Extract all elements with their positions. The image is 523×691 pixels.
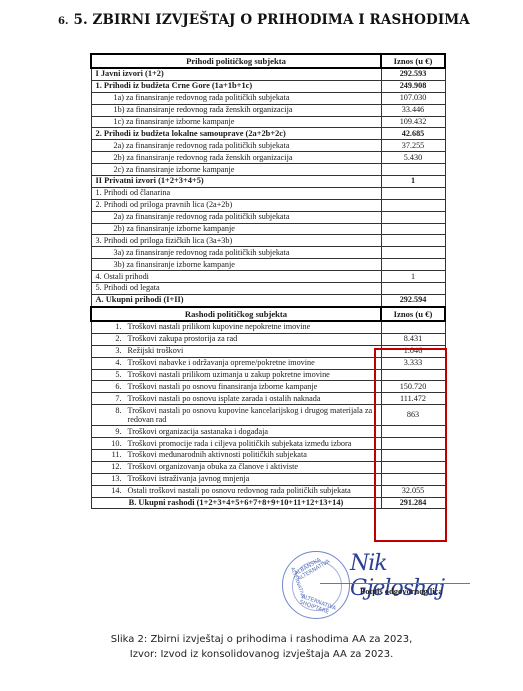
- expense-row-label: 11.Troškovi međunarodnih aktivnosti poli…: [91, 450, 381, 462]
- expense-row-text: Troškovi nabavke i održavanja opreme/pok…: [128, 358, 377, 368]
- expense-row-text: Ostali troškovi nastali po osnovu redovn…: [128, 486, 377, 496]
- expense-row-label: 7.Troškovi nastali po osnovu isplate zar…: [91, 393, 381, 405]
- expense-row-label: 12.Troškovi organizovanja obuka za člano…: [91, 461, 381, 473]
- signature-line: [320, 583, 470, 584]
- expense-row-amount: [381, 321, 445, 333]
- expense-row-text: Troškovi nastali po osnovu kupovine kanc…: [128, 406, 377, 425]
- income-row-label: 2. Prihodi iz budžeta lokalne samouprave…: [91, 128, 381, 140]
- income-row-label: I Javni izvori (1+2): [91, 68, 381, 80]
- title-text: 5. ZBIRNI IZVJEŠTAJ O PRIHODIMA I RASHOD…: [73, 12, 469, 28]
- income-row-amount: [381, 235, 445, 247]
- expense-row: 13.Troškovi istraživanja javnog mnjenja: [91, 473, 445, 485]
- income-row: A. Ukupni prihodi (I+II)292.594: [91, 294, 445, 306]
- expense-row-amount: [381, 369, 445, 381]
- expense-row-label: 1.Troškovi nastali prilikom kupovine nep…: [91, 321, 381, 333]
- expense-row-amount: [381, 426, 445, 438]
- income-row-label: 1. Prihodi iz budžeta Crne Gore (1a+1b+1…: [91, 80, 381, 92]
- income-row-label: A. Ukupni prihodi (I+II): [91, 294, 381, 306]
- expense-row-number: 14.: [100, 486, 122, 496]
- income-row: 1. Prihodi od članarina: [91, 187, 445, 199]
- expense-row-label: 8.Troškovi nastali po osnovu kupovine ka…: [91, 405, 381, 426]
- expense-row-text: Troškovi nastali po osnovu finansiranja …: [128, 382, 377, 392]
- income-row-label: 3a) za finansiranje redovnog rada politi…: [91, 247, 381, 259]
- expense-row-label: 4.Troškovi nabavke i održavanja opreme/p…: [91, 357, 381, 369]
- income-row: 3a) za finansiranje redovnog rada politi…: [91, 247, 445, 259]
- expense-row-number: 4.: [100, 358, 122, 368]
- expense-row: 6.Troškovi nastali po osnovu finansiranj…: [91, 381, 445, 393]
- expense-row-amount: 3.333: [381, 357, 445, 369]
- income-row-label: 2. Prihodi od priloga pravnih lica (2a+2…: [91, 199, 381, 211]
- expense-header-label: Rashodi političkog subjekta: [91, 307, 381, 321]
- expense-row-label: 3.Režijski troškovi: [91, 345, 381, 357]
- expense-row-label: 14.Ostali troškovi nastali po osnovu red…: [91, 485, 381, 497]
- income-row: 2c) za finansiranje izborne kampanje: [91, 164, 445, 176]
- expense-row-label: 5.Troškovi nastali prilikom uzimanja u z…: [91, 369, 381, 381]
- stamp-seal: ALBANSKA ALTERNATIVA ALTERNATIVA ALTERNA…: [282, 551, 350, 619]
- income-row: 1b) za finansiranje redovnog rada ženski…: [91, 104, 445, 116]
- expense-row-text: Troškovi organizacija sastanaka i događa…: [128, 427, 377, 437]
- income-row-amount: [381, 223, 445, 235]
- expense-row: 4.Troškovi nabavke i održavanja opreme/p…: [91, 357, 445, 369]
- expense-row-text: Režijski troškovi: [128, 346, 377, 356]
- expense-row-text: Troškovi nastali prilikom uzimanja u zak…: [128, 370, 377, 380]
- expense-row-number: 2.: [100, 334, 122, 344]
- expense-row-label: 13.Troškovi istraživanja javnog mnjenja: [91, 473, 381, 485]
- income-row-label: 2a) za finansiranje redovnog rada politi…: [91, 211, 381, 223]
- expense-row-amount: [381, 450, 445, 462]
- income-row: 4. Ostali prihodi1: [91, 271, 445, 283]
- expense-row: 7.Troškovi nastali po osnovu isplate zar…: [91, 393, 445, 405]
- expense-row-amount: 32.055: [381, 485, 445, 497]
- expense-row-amount: [381, 473, 445, 485]
- expense-total-amount: 291.284: [381, 497, 445, 509]
- income-header-row: Prihodi političkog subjekta Iznos (u €): [91, 54, 445, 68]
- expense-row-amount: [381, 438, 445, 450]
- income-row-label: 1a) za finansiranje redovnog rada politi…: [91, 92, 381, 104]
- income-row-label: 2b) za finansiranje izborne kampanje: [91, 223, 381, 235]
- expense-row-number: 5.: [100, 370, 122, 380]
- income-table: Prihodi političkog subjekta Iznos (u €) …: [90, 53, 446, 307]
- expense-row-label: 9.Troškovi organizacija sastanaka i doga…: [91, 426, 381, 438]
- income-row: I Javni izvori (1+2)292.593: [91, 68, 445, 80]
- income-row: 2. Prihodi iz budžeta lokalne samouprave…: [91, 128, 445, 140]
- income-row: II Privatni izvori (1+2+3+4+5)1: [91, 176, 445, 188]
- income-row-label: 2b) za finansiranje redovnog rada ženski…: [91, 152, 381, 164]
- income-row: 2a) za finansiranje redovnog rada politi…: [91, 140, 445, 152]
- income-row-amount: 37.255: [381, 140, 445, 152]
- caption-line-1: Slika 2: Zbirni izvještaj o prihodima i …: [0, 632, 523, 647]
- expense-row-amount: 863: [381, 405, 445, 426]
- income-header-label: Prihodi političkog subjekta: [91, 54, 381, 68]
- expense-table: Rashodi političkog subjekta Iznos (u €) …: [90, 306, 446, 509]
- income-row: 2. Prihodi od priloga pravnih lica (2a+2…: [91, 199, 445, 211]
- income-row-label: 1c) za finansiranje izborne kampanje: [91, 116, 381, 128]
- expense-row-number: 13.: [100, 474, 122, 484]
- income-row: 1a) za finansiranje redovnog rada politi…: [91, 92, 445, 104]
- signature-area: ALBANSKA ALTERNATIVA ALTERNATIVA ALTERNA…: [280, 551, 480, 631]
- income-row-label: 3. Prihodi od priloga fizičkih lica (3a+…: [91, 235, 381, 247]
- income-row-amount: [381, 211, 445, 223]
- income-row-amount: [381, 247, 445, 259]
- expense-row-label: 2.Troškovi zakupa prostorija za rad: [91, 333, 381, 345]
- income-row-label: 3b) za finansiranje izborne kampanje: [91, 259, 381, 271]
- expense-row: 9.Troškovi organizacija sastanaka i doga…: [91, 426, 445, 438]
- income-row-amount: 42.685: [381, 128, 445, 140]
- expense-row-text: Troškovi organizovanja obuka za članove …: [128, 462, 377, 472]
- income-row-label: 1b) za finansiranje redovnog rada ženski…: [91, 104, 381, 116]
- signature-label: Potpis odgovornog lica: [360, 586, 443, 596]
- expense-row-number: 3.: [100, 346, 122, 356]
- figure-caption: Slika 2: Zbirni izvještaj o prihodima i …: [0, 632, 523, 662]
- income-row-amount: 5.430: [381, 152, 445, 164]
- income-row-label: 1. Prihodi od članarina: [91, 187, 381, 199]
- income-row-label: 4. Ostali prihodi: [91, 271, 381, 283]
- expense-row-number: 6.: [100, 382, 122, 392]
- income-row: 1c) za finansiranje izborne kampanje109.…: [91, 116, 445, 128]
- expense-row-text: Troškovi nastali po osnovu isplate zarad…: [128, 394, 377, 404]
- expense-row: 12.Troškovi organizovanja obuka za člano…: [91, 461, 445, 473]
- income-row: 3b) za finansiranje izborne kampanje: [91, 259, 445, 271]
- expense-row-number: 10.: [100, 439, 122, 449]
- expense-row-text: Troškovi međunarodnih aktivnosti politič…: [128, 450, 377, 460]
- expense-row-amount: [381, 461, 445, 473]
- income-row-amount: 1: [381, 176, 445, 188]
- income-row-amount: 249.908: [381, 80, 445, 92]
- income-row: 3. Prihodi od priloga fizičkih lica (3a+…: [91, 235, 445, 247]
- income-row: 2b) za finansiranje redovnog rada ženski…: [91, 152, 445, 164]
- expense-row-number: 11.: [100, 450, 122, 460]
- report-title: 6. 5. ZBIRNI IZVJEŠTAJ O PRIHODIMA I RAS…: [58, 12, 470, 28]
- expense-row-amount: 8.431: [381, 333, 445, 345]
- income-row-amount: 292.594: [381, 294, 445, 306]
- expense-row-text: Troškovi nastali prilikom kupovine nepok…: [128, 322, 377, 332]
- income-header-amount: Iznos (u €): [381, 54, 445, 68]
- expense-row: 3.Režijski troškovi1.046: [91, 345, 445, 357]
- income-row-amount: [381, 164, 445, 176]
- income-row-amount: [381, 187, 445, 199]
- expense-row-text: Troškovi zakupa prostorija za rad: [128, 334, 377, 344]
- title-prefix: 6.: [58, 16, 69, 27]
- expense-row-number: 8.: [100, 406, 122, 425]
- expense-row-amount: 1.046: [381, 345, 445, 357]
- expense-row-label: 6.Troškovi nastali po osnovu finansiranj…: [91, 381, 381, 393]
- income-row: 2b) za finansiranje izborne kampanje: [91, 223, 445, 235]
- income-row-label: 2a) za finansiranje redovnog rada politi…: [91, 140, 381, 152]
- expense-row: 2.Troškovi zakupa prostorija za rad8.431: [91, 333, 445, 345]
- expense-total-label: B. Ukupni rashodi (1+2+3+4+5+6+7+8+9+10+…: [91, 497, 381, 509]
- expense-row: 1.Troškovi nastali prilikom kupovine nep…: [91, 321, 445, 333]
- caption-line-2: Izvor: Izvod iz konsolidovanog izvještaj…: [0, 647, 523, 662]
- expense-row: 11.Troškovi međunarodnih aktivnosti poli…: [91, 450, 445, 462]
- income-row-label: 5. Prihodi od legata: [91, 283, 381, 295]
- expense-row-amount: 111.472: [381, 393, 445, 405]
- income-row-amount: [381, 259, 445, 271]
- expense-row-text: Troškovi promocije rada i ciljeva politi…: [128, 439, 377, 449]
- income-row-amount: 1: [381, 271, 445, 283]
- income-row-amount: 109.432: [381, 116, 445, 128]
- income-row: 1. Prihodi iz budžeta Crne Gore (1a+1b+1…: [91, 80, 445, 92]
- income-row-amount: 292.593: [381, 68, 445, 80]
- income-row-amount: [381, 199, 445, 211]
- expense-header-amount: Iznos (u €): [381, 307, 445, 321]
- income-row: 2a) za finansiranje redovnog rada politi…: [91, 211, 445, 223]
- expense-row: 8.Troškovi nastali po osnovu kupovine ka…: [91, 405, 445, 426]
- expense-header-row: Rashodi političkog subjekta Iznos (u €): [91, 307, 445, 321]
- income-row-label: II Privatni izvori (1+2+3+4+5): [91, 176, 381, 188]
- expense-row: 14.Ostali troškovi nastali po osnovu red…: [91, 485, 445, 497]
- expense-row-label: 10.Troškovi promocije rada i ciljeva pol…: [91, 438, 381, 450]
- income-row-amount: [381, 283, 445, 295]
- expense-row-text: Troškovi istraživanja javnog mnjenja: [128, 474, 377, 484]
- income-row-label: 2c) za finansiranje izborne kampanje: [91, 164, 381, 176]
- expense-row: 10.Troškovi promocije rada i ciljeva pol…: [91, 438, 445, 450]
- income-row-amount: 33.446: [381, 104, 445, 116]
- income-row-amount: 107.030: [381, 92, 445, 104]
- expense-row-number: 9.: [100, 427, 122, 437]
- expense-row-number: 7.: [100, 394, 122, 404]
- expense-row-number: 1.: [100, 322, 122, 332]
- expense-row-number: 12.: [100, 462, 122, 472]
- expense-row: 5.Troškovi nastali prilikom uzimanja u z…: [91, 369, 445, 381]
- income-row: 5. Prihodi od legata: [91, 283, 445, 295]
- expense-total-row: B. Ukupni rashodi (1+2+3+4+5+6+7+8+9+10+…: [91, 497, 445, 509]
- expense-row-amount: 150.720: [381, 381, 445, 393]
